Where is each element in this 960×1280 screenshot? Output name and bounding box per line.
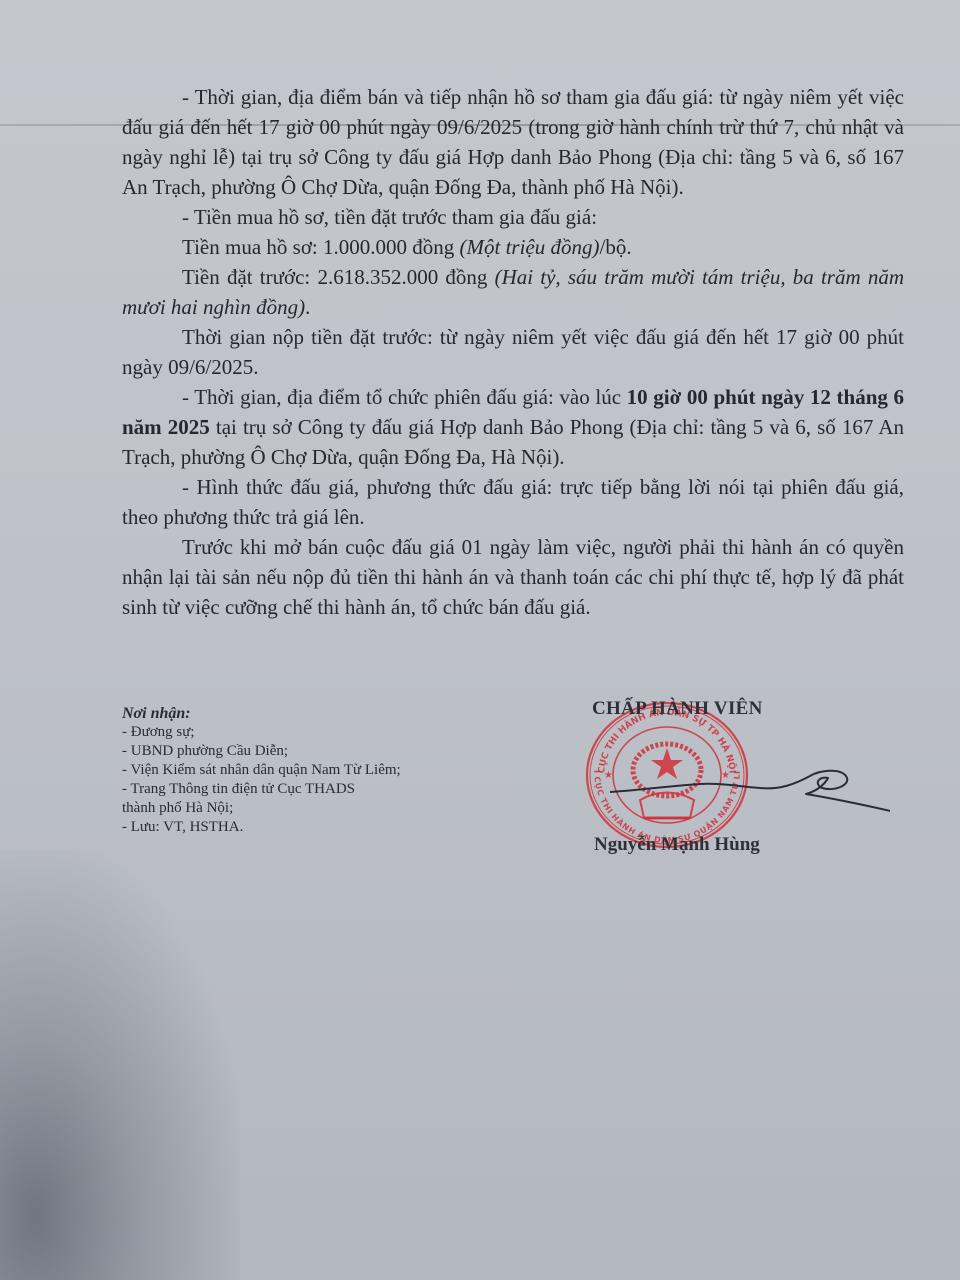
deposit-amount: Tiền đặt trước: 2.618.352.000 đồng (182, 265, 495, 289)
dossier-fee-words: (Một triệu đồng) (460, 235, 600, 259)
recipient-item: - Đương sự; (122, 723, 401, 742)
document-body: - Thời gian, địa điểm bán và tiếp nhận h… (122, 82, 904, 622)
dossier-fee-amount: Tiền mua hồ sơ: 1.000.000 đồng (182, 235, 460, 259)
paragraph-deposit-deadline: Thời gian nộp tiền đặt trước: từ ngày ni… (122, 322, 904, 382)
paragraph-deposit: Tiền đặt trước: 2.618.352.000 đồng (Hai … (122, 262, 904, 322)
handwritten-signature-icon (610, 764, 890, 824)
recipient-item: - Viện Kiểm sát nhân dân quận Nam Từ Liê… (122, 761, 401, 780)
recipient-item: - Trang Thông tin điện tử Cục THADS (122, 780, 401, 799)
dossier-fee-unit: /bộ. (600, 235, 632, 259)
signature-block: CHẤP HÀNH VIÊN CỤC THI HÀNH ÁN DÂN SỰ TP… (560, 698, 840, 868)
auction-location: tại trụ sở Công ty đấu giá Hợp danh Bảo … (122, 415, 904, 469)
paragraph-redemption-notice: Trước khi mở bán cuộc đấu giá 01 ngày là… (122, 532, 904, 622)
signer-title: CHẤP HÀNH VIÊN (592, 698, 763, 720)
paragraph-auction-method: - Hình thức đấu giá, phương thức đấu giá… (122, 472, 904, 532)
paragraph-fees-heading: - Tiền mua hồ sơ, tiền đặt trước tham gi… (122, 202, 904, 232)
paragraph-dossier-fee: Tiền mua hồ sơ: 1.000.000 đồng (Một triệ… (122, 232, 904, 262)
deposit-suffix: . (305, 295, 310, 319)
signer-name: Nguyễn Mạnh Hùng (594, 834, 760, 856)
recipient-item: - UBND phường Cầu Diễn; (122, 742, 401, 761)
paragraph-auction-time: - Thời gian, địa điểm tổ chức phiên đấu … (122, 382, 904, 472)
paragraph-registration-time: - Thời gian, địa điểm bán và tiếp nhận h… (122, 82, 904, 202)
recipient-item: thành phố Hà Nội; (122, 799, 401, 818)
recipients-title: Nơi nhận: (122, 704, 401, 723)
auction-time-prefix: - Thời gian, địa điểm tổ chức phiên đấu … (182, 385, 627, 409)
recipient-item: - Lưu: VT, HSTHA. (122, 818, 401, 837)
photo-shadow (0, 850, 240, 1280)
recipients-block: Nơi nhận: - Đương sự; - UBND phường Cầu … (122, 704, 401, 837)
